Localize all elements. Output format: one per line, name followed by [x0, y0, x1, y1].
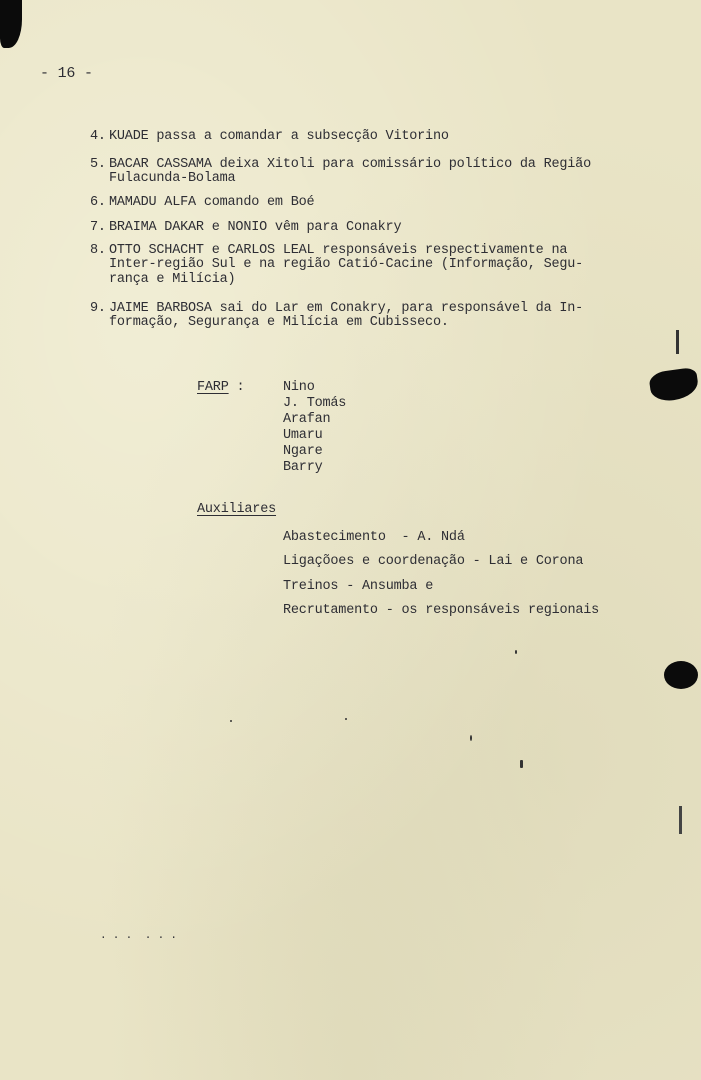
footer-dots: . . . . . . [100, 929, 177, 944]
scan-speck [345, 718, 347, 720]
scan-artifact-right-mark [676, 330, 679, 354]
farp-member: Arafan [283, 412, 330, 427]
list-item-8-cont-2: rança e Milícia) [109, 272, 235, 287]
page-number: - 16 - [40, 66, 93, 81]
list-item-8-cont-1: Inter-região Sul e na região Catió-Cacin… [109, 257, 583, 272]
document-page: - 16 - 4.KUADE passa a comandar a subsec… [0, 0, 701, 1080]
list-item-8: 8.OTTO SCHACHT e CARLOS LEAL responsávei… [90, 243, 567, 258]
list-item-9: 9.JAIME BARBOSA sai do Lar em Conakry, p… [90, 301, 583, 316]
auxiliares-entry: Ligaçõoes e coordenação - Lai e Corona [283, 554, 583, 569]
auxiliares-entry: Treinos - Ansumba e [283, 579, 433, 594]
scan-artifact-right-mark-2 [679, 806, 682, 834]
list-item-5: 5.BACAR CASSAMA deixa Xitoli para comiss… [90, 157, 591, 172]
scan-speck [515, 650, 517, 654]
list-item-7: 7.BRAIMA DAKAR e NONIO vêm para Conakry [90, 220, 401, 235]
list-item-9-cont: formação, Segurança e Milícia em Cubisse… [109, 315, 449, 330]
list-item-5-cont: Fulacunda-Bolama [109, 171, 235, 186]
farp-member: Barry [283, 460, 323, 475]
scan-artifact-right-2 [664, 661, 698, 689]
farp-member: Umaru [283, 428, 323, 443]
scan-speck [520, 760, 523, 768]
scan-speck [470, 735, 472, 741]
farp-member: Nino [283, 380, 315, 395]
auxiliares-heading: Auxiliares [197, 502, 276, 517]
farp-member: Ngare [283, 444, 323, 459]
scan-artifact-right-1 [648, 367, 700, 403]
list-item-6: 6.MAMADU ALFA comando em Boé [90, 195, 314, 210]
list-item-4: 4.KUADE passa a comandar a subsecção Vit… [90, 129, 449, 144]
scan-artifact-top-left [0, 0, 22, 48]
auxiliares-entry: Recrutamento - os responsáveis regionais [283, 603, 599, 618]
scan-speck [230, 720, 232, 722]
auxiliares-entry: Abastecimento - A. Ndá [283, 530, 465, 545]
farp-member: J. Tomás [283, 396, 346, 411]
farp-heading: FARP : [197, 380, 244, 395]
